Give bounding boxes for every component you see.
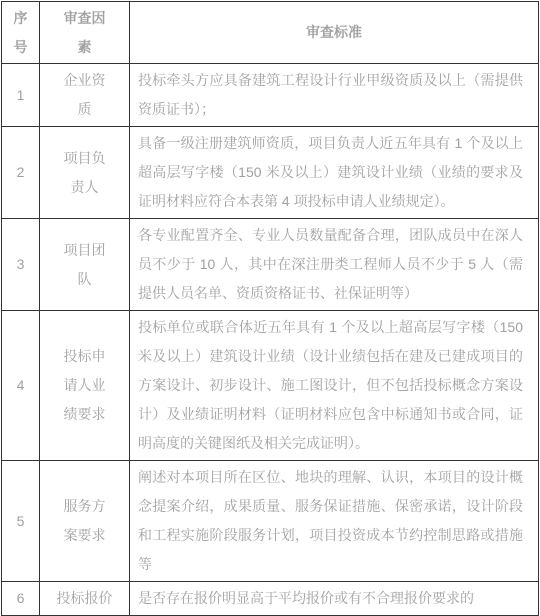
document-page: 序 号 审查因 素 审查标准 1 企业资 质 投标牵头方应具备建筑工程设计行业甲… xyxy=(0,0,540,590)
row-4-serial: 4 xyxy=(2,311,40,461)
table-row: 3 项目团 队 各专业配置齐全、专业人员数量配备合理，团队成员中在深人员不少于 … xyxy=(2,219,539,311)
table-row: 4 投标申 请人业 绩要求 投标单位或联合体近五年具有 1 个及以上超高层写字楼… xyxy=(2,311,539,461)
row-6-factor: 投标报价 xyxy=(40,582,130,616)
row-1-serial: 1 xyxy=(2,64,40,127)
header-review-standard: 审查标准 xyxy=(130,2,539,64)
row-2-factor: 项目负 责人 xyxy=(40,127,130,219)
row-2-serial: 2 xyxy=(2,127,40,219)
row-4-factor: 投标申 请人业 绩要求 xyxy=(40,311,130,461)
table-row: 5 服务方 案要求 阐述对本项目所在区位、地块的理解、认识，本项目的设计概念提案… xyxy=(2,461,539,582)
row-5-standard: 阐述对本项目所在区位、地块的理解、认识，本项目的设计概念提案介绍，成果质量、服务… xyxy=(130,461,539,582)
table-row: 6 投标报价 是否存在报价明显高于平均报价或有不合理报价要求的 xyxy=(2,582,539,616)
row-2-standard: 具备一级注册建筑师资质，项目负责人近五年具有 1 个及以上超高层写字楼（150 … xyxy=(130,127,539,219)
review-criteria-table: 序 号 审查因 素 审查标准 1 企业资 质 投标牵头方应具备建筑工程设计行业甲… xyxy=(1,1,539,616)
row-5-serial: 5 xyxy=(2,461,40,582)
row-3-serial: 3 xyxy=(2,219,40,311)
row-3-factor: 项目团 队 xyxy=(40,219,130,311)
row-6-standard: 是否存在报价明显高于平均报价或有不合理报价要求的 xyxy=(130,582,539,616)
table-row: 1 企业资 质 投标牵头方应具备建筑工程设计行业甲级资质及以上（需提供资质证书）… xyxy=(2,64,539,127)
row-5-factor: 服务方 案要求 xyxy=(40,461,130,582)
table-header-row: 序 号 审查因 素 审查标准 xyxy=(2,2,539,64)
row-3-standard: 各专业配置齐全、专业人员数量配备合理，团队成员中在深人员不少于 10 人，其中在… xyxy=(130,219,539,311)
table-row: 2 项目负 责人 具备一级注册建筑师资质，项目负责人近五年具有 1 个及以上超高… xyxy=(2,127,539,219)
row-1-factor: 企业资 质 xyxy=(40,64,130,127)
header-serial-number: 序 号 xyxy=(2,2,40,64)
row-6-serial: 6 xyxy=(2,582,40,616)
row-1-standard: 投标牵头方应具备建筑工程设计行业甲级资质及以上（需提供资质证书）； xyxy=(130,64,539,127)
header-review-factor: 审查因 素 xyxy=(40,2,130,64)
row-4-standard: 投标单位或联合体近五年具有 1 个及以上超高层写字楼（150 米及以上）建筑设计… xyxy=(130,311,539,461)
